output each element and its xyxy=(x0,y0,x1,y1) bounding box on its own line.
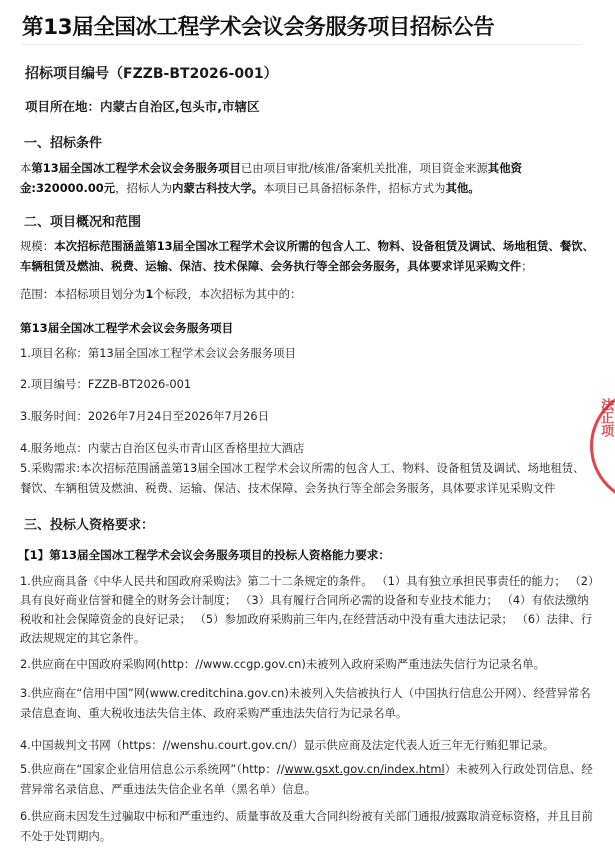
seal-text: 法正项 xyxy=(596,398,615,437)
text: ； xyxy=(521,259,532,273)
item-procurement-need: 5.采购需求:本次招标范围涵盖第13届全国冰工程学术会议所需的包含人工、物料、设… xyxy=(20,458,595,498)
gsxt-link[interactable]: www.gsxt.gov.cn/index.html xyxy=(284,762,444,776)
item-value: 第13届全国冰工程学术会议会务服务项目 xyxy=(88,346,296,360)
qualification-subheading: 【1】第13届全国冰工程学术会议会务服务项目的投标人资格能力要求： xyxy=(18,547,390,563)
item-value: 内蒙古自治区包头市青山区香格里拉大酒店 xyxy=(88,441,304,455)
location-label: 项目所在地： xyxy=(25,99,100,114)
project-name: 第13届全国冰工程学术会议会务服务项目 xyxy=(31,161,241,175)
text: 本 xyxy=(20,161,31,175)
text: 5.供应商在“国家企业信用信息公示系统网”（http：// xyxy=(20,762,284,776)
item-value: FZZB-BT2026-001 xyxy=(88,377,191,391)
item-label: 4.服务地点： xyxy=(20,441,88,455)
project-location: 项目所在地：内蒙古自治区,包头市,市辖区 xyxy=(25,97,260,115)
section-1-paragraph: 本第13届全国冰工程学术会议会务服务项目已由项目审批/核准/备案机关批准，项目资… xyxy=(20,158,595,198)
scale-paragraph: 规模：本次招标范围涵盖第13届全国冰工程学术会议所需的包含人工、物料、设备租赁及… xyxy=(20,236,595,276)
tender-announcement-page: 第13届全国冰工程学术会议会务服务项目招标公告 招标项目编号（FZZB-BT20… xyxy=(0,0,615,849)
item-project-name: 1.项目名称：第13届全国冰工程学术会议会务服务项目 xyxy=(20,345,296,361)
lot-title: 第13届全国冰工程学术会议会务服务项目 xyxy=(20,320,233,336)
item-label: 3.服务时间： xyxy=(20,409,88,423)
text: 本项目已具备招标条件，招标方式为 xyxy=(263,181,445,195)
item-value: 2026年7月24日至2026年7月26日 xyxy=(88,409,269,423)
requirement-6: 6.供应商未因发生过骗取中标和严重违约、质量事故及重大合同纠纷被有关部门通报/披… xyxy=(20,806,595,846)
location-value: 内蒙古自治区,包头市,市辖区 xyxy=(100,99,260,114)
item-label: 1.项目名称： xyxy=(20,346,88,360)
title-divider xyxy=(22,44,582,45)
item-service-time: 3.服务时间：2026年7月24日至2026年7月26日 xyxy=(20,408,269,424)
project-code: 招标项目编号（FZZB-BT2026-001） xyxy=(25,63,278,83)
requirement-4: 4.中国裁判文书网（https：//wenshu.court.gov.cn/）显… xyxy=(20,737,554,753)
tenderer-name: 内蒙古科技大学。 xyxy=(172,181,263,195)
document-title: 第13届全国冰工程学术会议会务服务项目招标公告 xyxy=(22,10,494,41)
requirement-3: 3.供应商在“信用中国”网(www.creditchina.gov.cn)未被列… xyxy=(20,683,595,723)
text: 已由项目审批/核准/备案机关批准，项目资金来源 xyxy=(241,161,488,175)
item-value: 本次招标范围涵盖第13届全国冰工程学术会议所需的包含人工、物料、设备租赁及调试、… xyxy=(20,461,585,495)
section-2-heading: 二、项目概况和范围 xyxy=(24,211,141,230)
item-label: 2.项目编号： xyxy=(20,377,88,391)
scale-text: 本次招标范围涵盖第13届全国冰工程学术会议所需的包含人工、物料、设备租赁及调试、… xyxy=(20,239,594,273)
scope-line: 范围：本招标项目划分为1个标段，本次招标为其中的： xyxy=(20,286,301,302)
requirement-5: 5.供应商在“国家企业信用信息公示系统网”（http：//www.gsxt.go… xyxy=(20,759,595,799)
requirement-2: 2.供应商在中国政府采购网(http：//www.ccgp.gov.cn)未被列… xyxy=(20,656,545,672)
text: 本招标项目划分为 xyxy=(54,287,145,301)
tender-method: 其他。 xyxy=(445,181,479,195)
section-1-heading: 一、招标条件 xyxy=(24,132,102,151)
item-label: 5.采购需求: xyxy=(20,461,80,475)
scope-label: 范围： xyxy=(20,287,54,301)
section-3-heading: 三、投标人资格要求： xyxy=(24,514,154,533)
text: ，招标人为 xyxy=(115,181,172,195)
item-service-location: 4.服务地点：内蒙古自治区包头市青山区香格里拉大酒店 xyxy=(20,440,304,456)
text: 个标段，本次招标为其中的： xyxy=(153,287,301,301)
requirement-1: 1.供应商具备《中华人民共和国政府采购法》第二十二条规定的条件。 （1）具有独立… xyxy=(20,572,595,648)
scale-label: 规模： xyxy=(20,239,54,253)
item-project-code: 2.项目编号：FZZB-BT2026-001 xyxy=(20,376,191,392)
